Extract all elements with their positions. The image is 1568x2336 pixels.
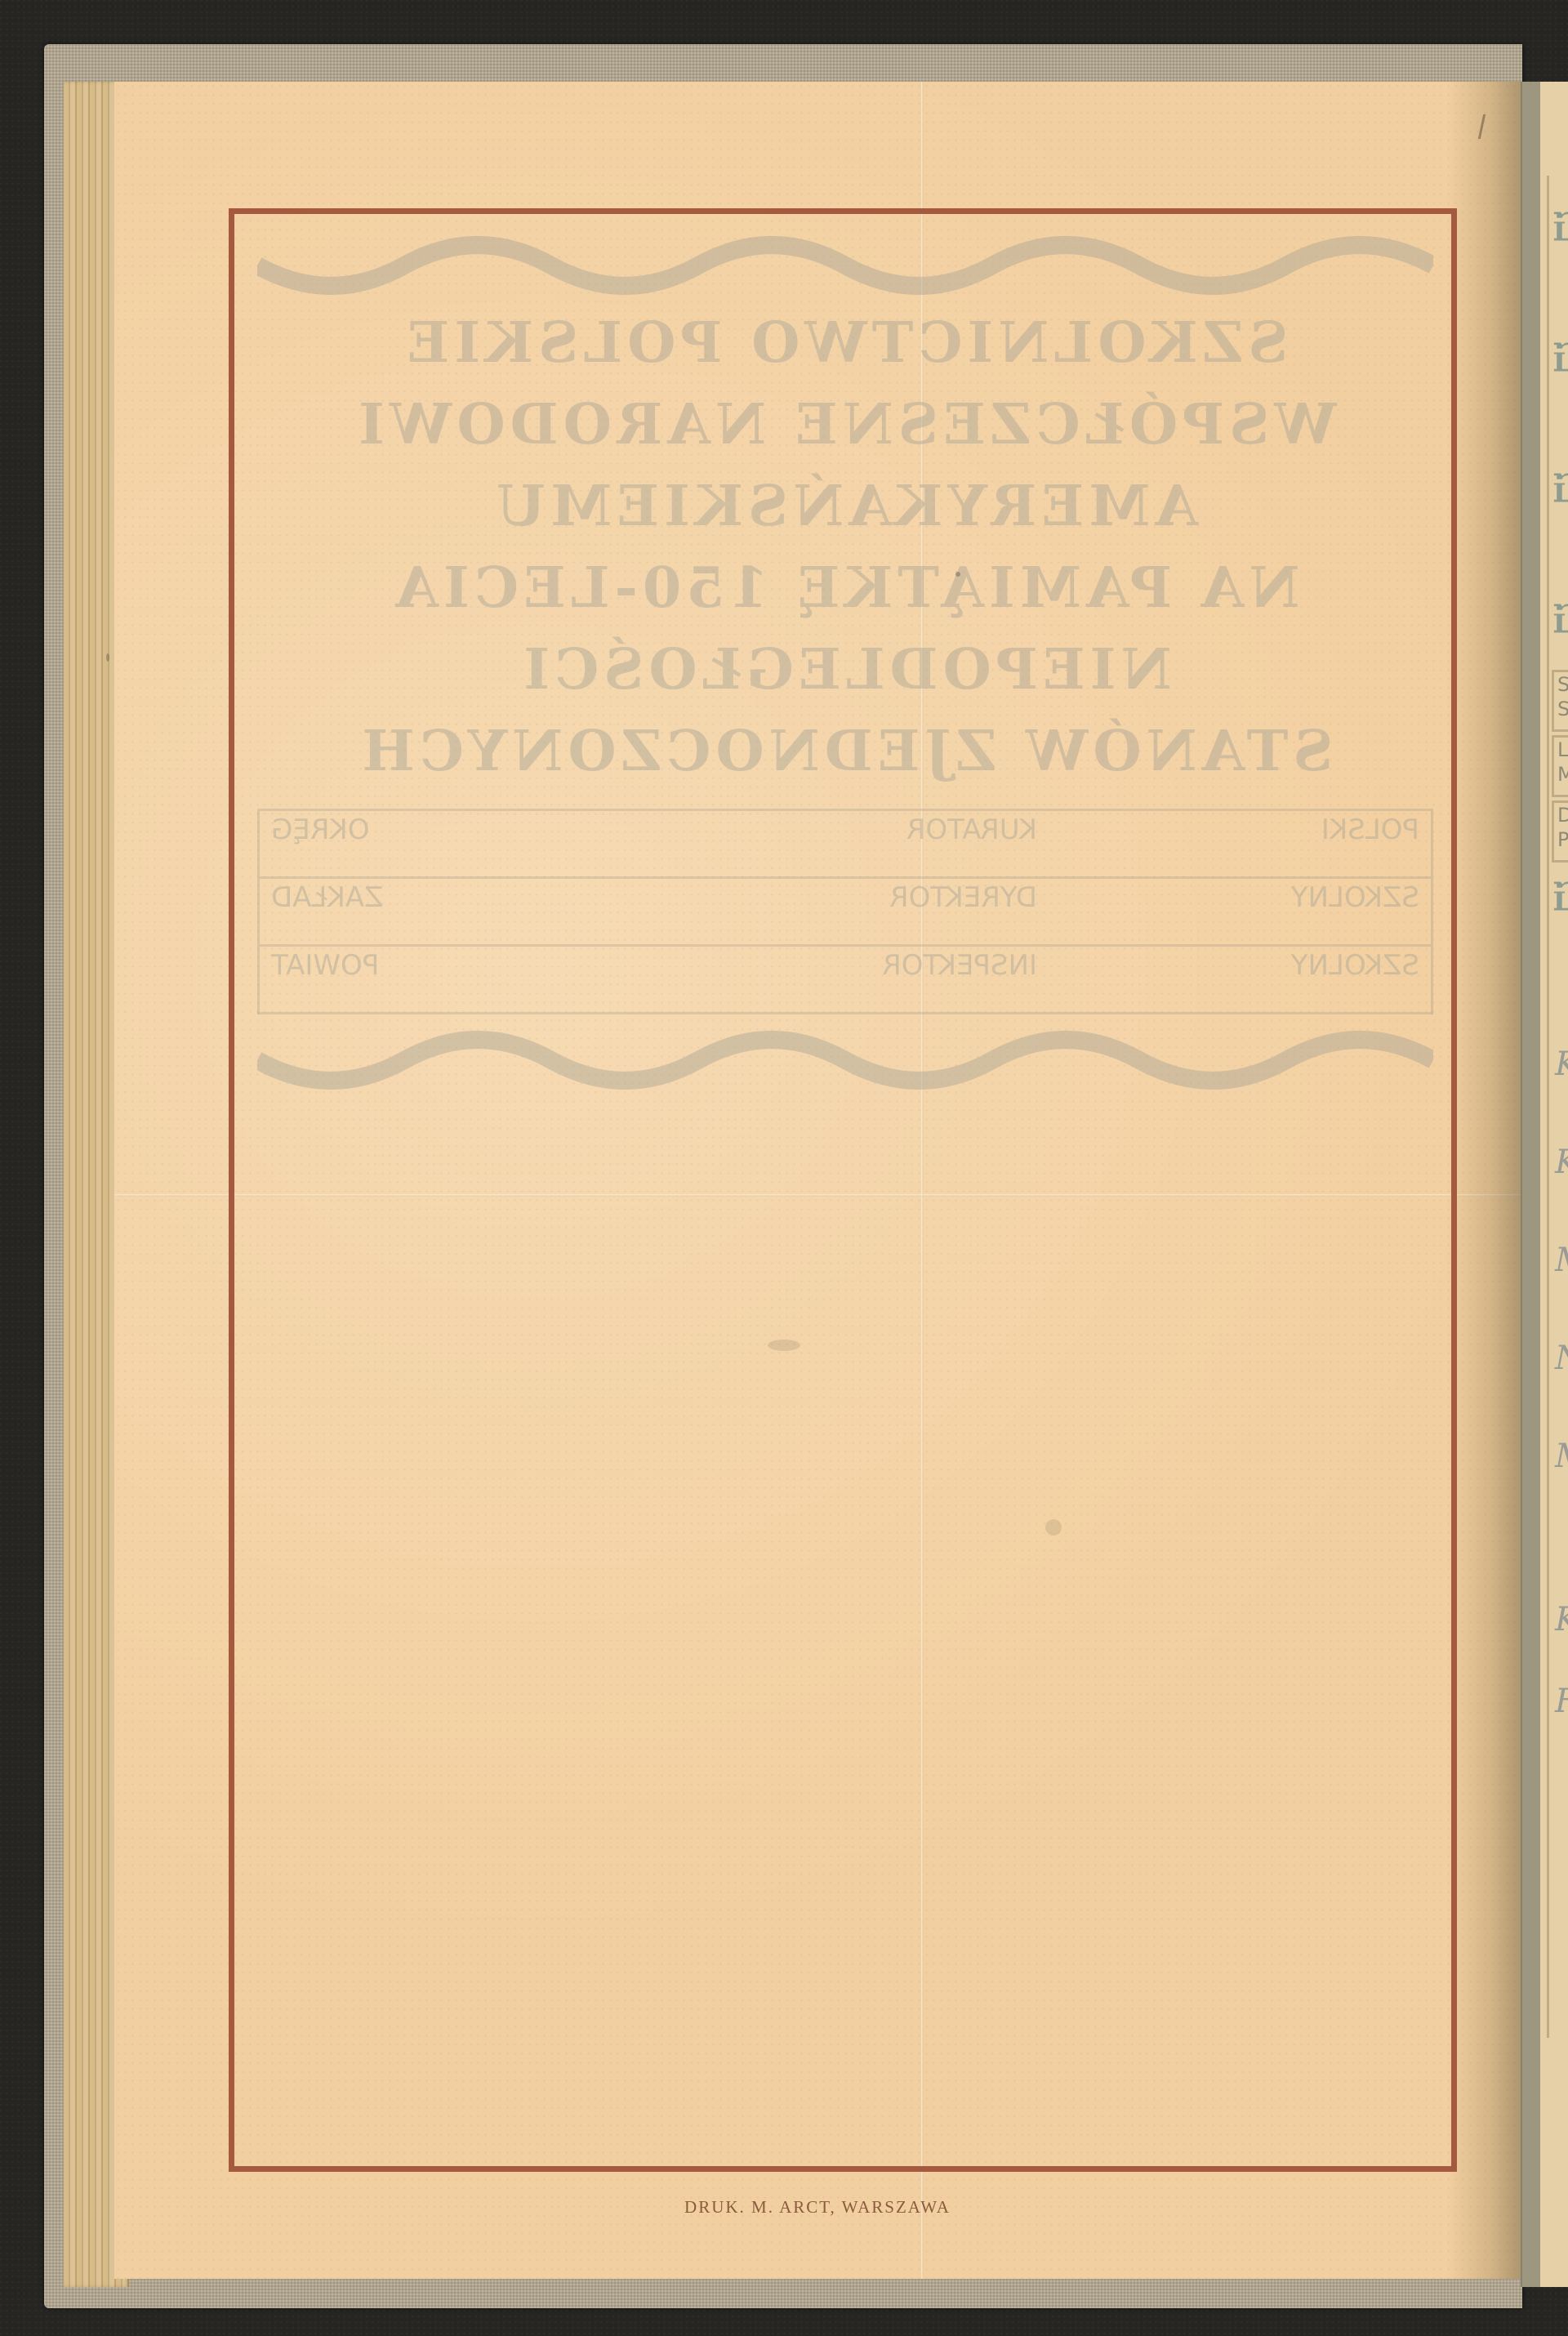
ornament-glyph: Ⴀ bbox=[1552, 882, 1568, 926]
foxing-spot bbox=[955, 572, 960, 577]
handwriting: Ma bbox=[1555, 1242, 1568, 1279]
printer-imprint: DRUK. M. ARCT, WARSZAWA bbox=[114, 2197, 1521, 2218]
book-page: SZKOLNICTWO POLSKIE WSPÓŁCZESNE NARODOWI… bbox=[114, 82, 1521, 2279]
red-border-frame bbox=[229, 208, 1457, 2172]
handwriting: Ke bbox=[1555, 1601, 1568, 1638]
foxing-spot bbox=[1045, 1519, 1062, 1536]
handwriting: N bbox=[1555, 1340, 1568, 1377]
ornament-glyph: Ⴀ bbox=[1552, 604, 1568, 649]
facing-table-cell: D P bbox=[1552, 800, 1568, 863]
facing-table-cell: LO M bbox=[1552, 735, 1568, 797]
ornament-glyph: Ⴀ bbox=[1552, 343, 1568, 387]
handwriting: Ke bbox=[1555, 1143, 1568, 1181]
handwriting: Ke bbox=[1555, 1045, 1568, 1083]
handwriting: Ha bbox=[1555, 1683, 1568, 1720]
ornament-glyph: Ⴀ bbox=[1552, 474, 1568, 518]
facing-page-sliver: Ⴀ Ⴀ Ⴀ Ⴀ SC SZ LO M D P Ⴀ Ke Ke Ma N Ma K… bbox=[1521, 82, 1568, 2287]
gutter-shadow bbox=[1447, 82, 1521, 2279]
foxing-spot bbox=[106, 653, 109, 662]
facing-table-cell: SC SZ bbox=[1552, 670, 1568, 732]
ornament-glyph: Ⴀ bbox=[1552, 212, 1568, 256]
facing-page-border bbox=[1547, 176, 1568, 2038]
foxing-spot bbox=[768, 1340, 800, 1351]
handwriting: Ma bbox=[1555, 1438, 1568, 1475]
